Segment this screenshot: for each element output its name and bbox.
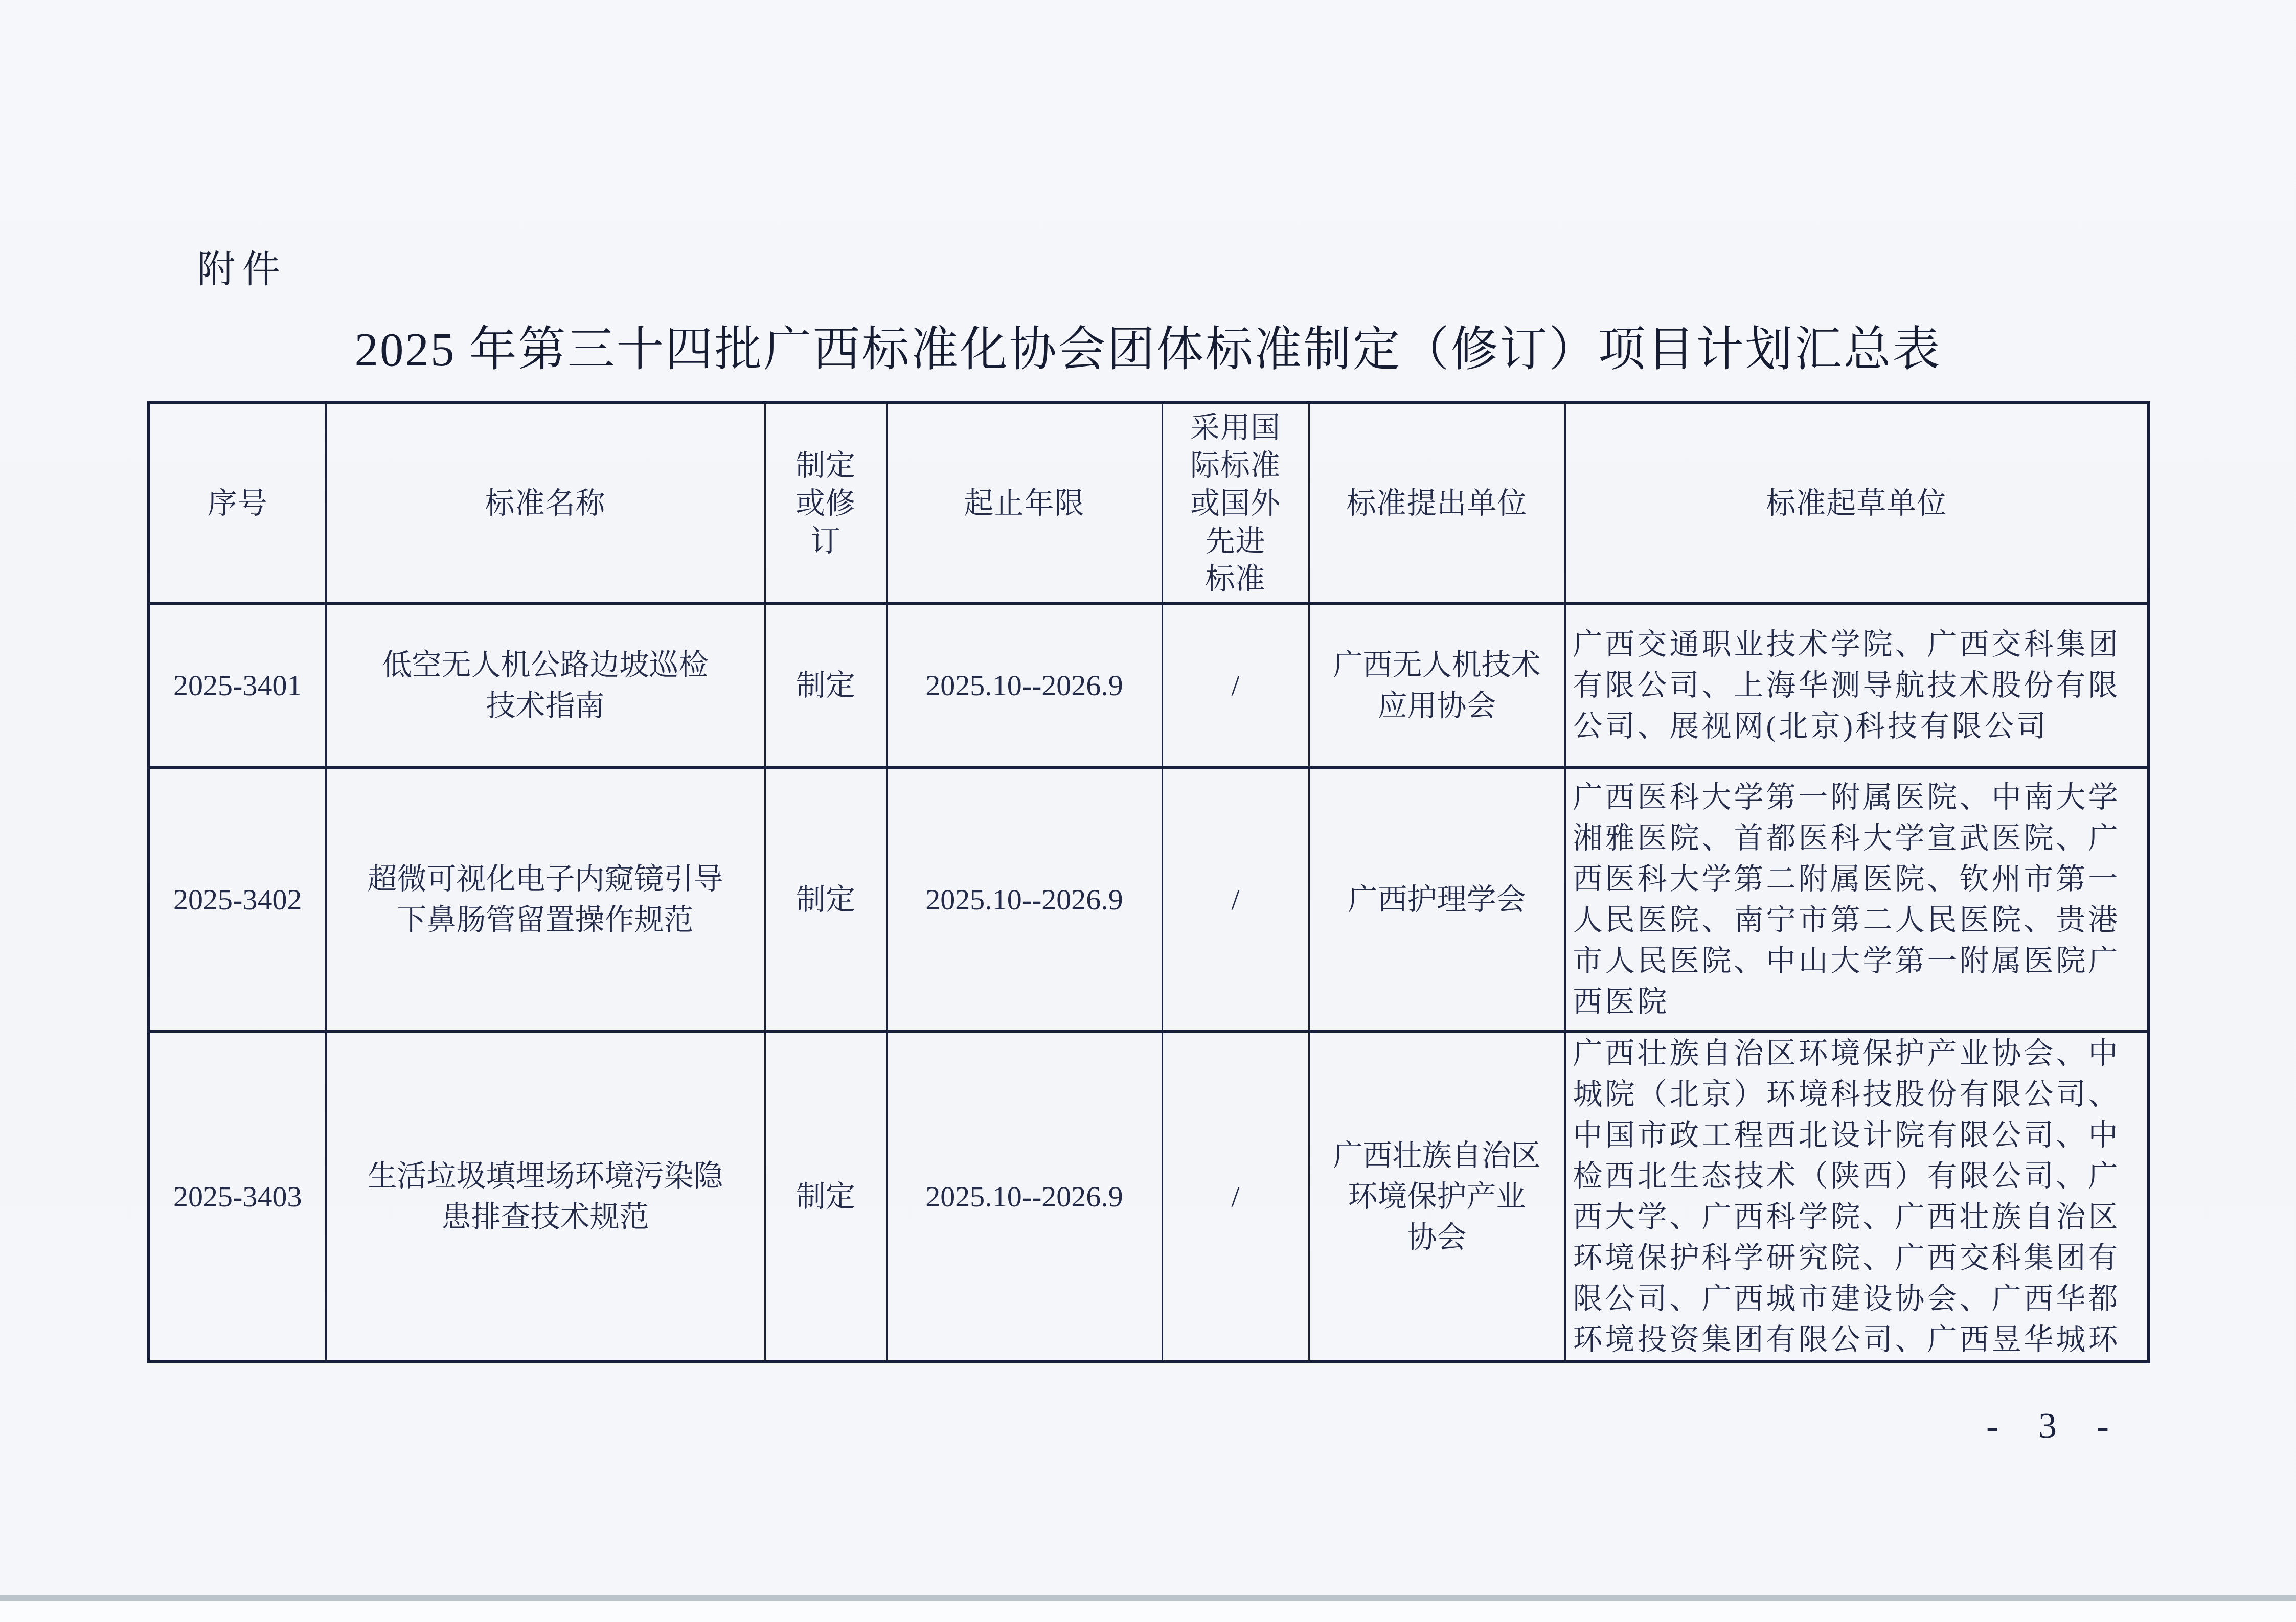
cell-proposer: 广西护理学会 [1309, 767, 1565, 1032]
cell-type: 制定 [765, 767, 886, 1032]
table-row-2025-3402: 2025-3402 超微可视化电子内窥镜引导 下鼻肠管留置操作规范 制定 202… [149, 767, 2149, 1032]
scan-artifact-strip [0, 1595, 2296, 1601]
table-row-2025-3403: 2025-3403 生活垃圾填埋场环境污染隐 患排查技术规范 制定 2025.1… [149, 1032, 2149, 1362]
table-row-2025-3401: 2025-3401 低空无人机公路边坡巡检 技术指南 制定 2025.10--2… [149, 604, 2149, 767]
header-index: 序号 [149, 403, 326, 604]
cell-standard-name: 生活垃圾填埋场环境污染隐 患排查技术规范 [326, 1032, 765, 1362]
cell-drafter: 广西交通职业技术学院、广西交科集团 有限公司、上海华测导航技术股份有限 公司、展… [1565, 604, 2149, 767]
cell-period: 2025.10--2026.9 [886, 767, 1162, 1032]
cell-proposer: 广西壮族自治区 环境保护产业 协会 [1309, 1032, 1565, 1362]
cell-type: 制定 [765, 604, 886, 767]
cell-index: 2025-3401 [149, 604, 326, 767]
header-proposer: 标准提出单位 [1309, 403, 1565, 604]
cell-intl-standard: / [1162, 1032, 1309, 1362]
cell-standard-name: 超微可视化电子内窥镜引导 下鼻肠管留置操作规范 [326, 767, 765, 1032]
cell-index: 2025-3403 [149, 1032, 326, 1362]
standards-plan-table: 序号 标准名称 制定 或修 订 起止年限 采用国 际标准 或国外 先进 标准 标… [147, 401, 2150, 1363]
cell-index: 2025-3402 [149, 767, 326, 1032]
table-header-row: 序号 标准名称 制定 或修 订 起止年限 采用国 际标准 或国外 先进 标准 标… [149, 403, 2149, 604]
attachment-label: 附件 [197, 239, 287, 293]
header-period: 起止年限 [886, 403, 1162, 604]
cell-type: 制定 [765, 1032, 886, 1362]
cell-proposer: 广西无人机技术 应用协会 [1309, 604, 1565, 767]
cell-standard-name: 低空无人机公路边坡巡检 技术指南 [326, 604, 765, 767]
page-number: - 3 - [1986, 1405, 2124, 1447]
header-type: 制定 或修 订 [765, 403, 886, 604]
cell-intl-standard: / [1162, 604, 1309, 767]
document-title: 2025 年第三十四批广西标准化协会团体标准制定（修订）项目计划汇总表 [0, 311, 2296, 379]
header-standard-name: 标准名称 [326, 403, 765, 604]
cell-drafter: 广西医科大学第一附属医院、中南大学 湘雅医院、首都医科大学宣武医院、广 西医科大… [1565, 767, 2149, 1032]
cell-intl-standard: / [1162, 767, 1309, 1032]
header-intl-standard: 采用国 际标准 或国外 先进 标准 [1162, 403, 1309, 604]
header-drafter: 标准起草单位 [1565, 403, 2149, 604]
cell-drafter: 广西壮族自治区环境保护产业协会、中 城院（北京）环境科技股份有限公司、 中国市政… [1565, 1032, 2149, 1362]
cell-period: 2025.10--2026.9 [886, 604, 1162, 767]
scan-artifact-bottom-edge [0, 1601, 2296, 1622]
cell-period: 2025.10--2026.9 [886, 1032, 1162, 1362]
